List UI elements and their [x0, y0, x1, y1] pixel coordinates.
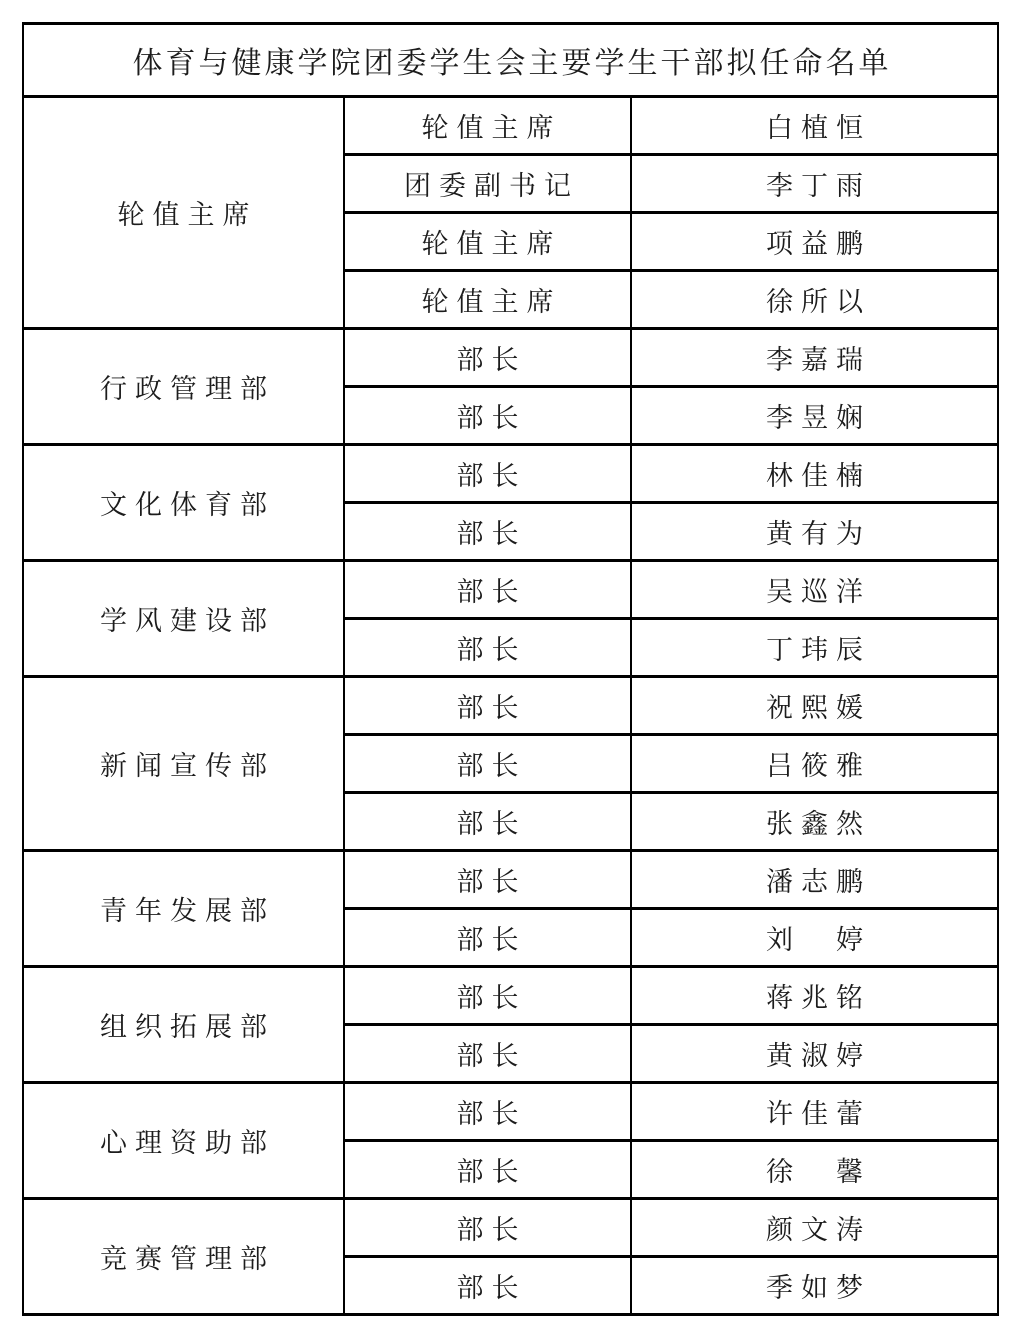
name-cell: 潘志鹏 [631, 851, 998, 909]
name-cell: 李昱娴 [631, 387, 998, 445]
position-cell: 部长 [344, 1257, 631, 1315]
position-cell: 部长 [344, 503, 631, 561]
position-cell: 部长 [344, 445, 631, 503]
position-cell: 部长 [344, 561, 631, 619]
table-row: 学风建设部部长吴巡洋 [23, 561, 998, 619]
position-cell: 部长 [344, 619, 631, 677]
position-cell: 部长 [344, 1141, 631, 1199]
appointment-table: 体育与健康学院团委学生会主要学生干部拟任命名单 轮值主席轮值主席白植恒团委副书记… [22, 22, 999, 1316]
group-cell: 学风建设部 [23, 561, 344, 677]
title-row: 体育与健康学院团委学生会主要学生干部拟任命名单 [23, 24, 998, 97]
name-cell: 黄有为 [631, 503, 998, 561]
name-cell: 徐 馨 [631, 1141, 998, 1199]
name-cell: 刘 婷 [631, 909, 998, 967]
group-cell: 轮值主席 [23, 97, 344, 329]
table-row: 轮值主席轮值主席白植恒 [23, 97, 998, 155]
name-cell: 丁玮辰 [631, 619, 998, 677]
document-page: 体育与健康学院团委学生会主要学生干部拟任命名单 轮值主席轮值主席白植恒团委副书记… [0, 0, 1016, 1341]
name-cell: 白植恒 [631, 97, 998, 155]
group-cell: 青年发展部 [23, 851, 344, 967]
position-cell: 部长 [344, 851, 631, 909]
position-cell: 部长 [344, 1025, 631, 1083]
name-cell: 季如梦 [631, 1257, 998, 1315]
group-cell: 新闻宣传部 [23, 677, 344, 851]
name-cell: 黄淑婷 [631, 1025, 998, 1083]
position-cell: 部长 [344, 793, 631, 851]
table-row: 组织拓展部部长蒋兆铭 [23, 967, 998, 1025]
position-cell: 部长 [344, 1199, 631, 1257]
position-cell: 部长 [344, 677, 631, 735]
table-row: 新闻宣传部部长祝熙媛 [23, 677, 998, 735]
position-cell: 部长 [344, 909, 631, 967]
name-cell: 李丁雨 [631, 155, 998, 213]
table-row: 心理资助部部长许佳蕾 [23, 1083, 998, 1141]
name-cell: 吴巡洋 [631, 561, 998, 619]
page-title: 体育与健康学院团委学生会主要学生干部拟任命名单 [23, 24, 998, 97]
name-cell: 项益鹏 [631, 213, 998, 271]
name-cell: 祝熙媛 [631, 677, 998, 735]
table-row: 竞赛管理部部长颜文涛 [23, 1199, 998, 1257]
position-cell: 部长 [344, 967, 631, 1025]
group-cell: 文化体育部 [23, 445, 344, 561]
appointment-table-body: 体育与健康学院团委学生会主要学生干部拟任命名单 轮值主席轮值主席白植恒团委副书记… [23, 24, 998, 1315]
name-cell: 徐所以 [631, 271, 998, 329]
group-cell: 心理资助部 [23, 1083, 344, 1199]
position-cell: 轮值主席 [344, 97, 631, 155]
table-row: 文化体育部部长林佳楠 [23, 445, 998, 503]
name-cell: 张鑫然 [631, 793, 998, 851]
position-cell: 部长 [344, 1083, 631, 1141]
table-row: 青年发展部部长潘志鹏 [23, 851, 998, 909]
name-cell: 李嘉瑞 [631, 329, 998, 387]
position-cell: 轮值主席 [344, 213, 631, 271]
name-cell: 蒋兆铭 [631, 967, 998, 1025]
name-cell: 林佳楠 [631, 445, 998, 503]
position-cell: 轮值主席 [344, 271, 631, 329]
group-cell: 行政管理部 [23, 329, 344, 445]
name-cell: 许佳蕾 [631, 1083, 998, 1141]
table-row: 行政管理部部长李嘉瑞 [23, 329, 998, 387]
name-cell: 吕筱雅 [631, 735, 998, 793]
position-cell: 部长 [344, 735, 631, 793]
group-cell: 竞赛管理部 [23, 1199, 344, 1315]
group-cell: 组织拓展部 [23, 967, 344, 1083]
position-cell: 团委副书记 [344, 155, 631, 213]
position-cell: 部长 [344, 329, 631, 387]
position-cell: 部长 [344, 387, 631, 445]
name-cell: 颜文涛 [631, 1199, 998, 1257]
